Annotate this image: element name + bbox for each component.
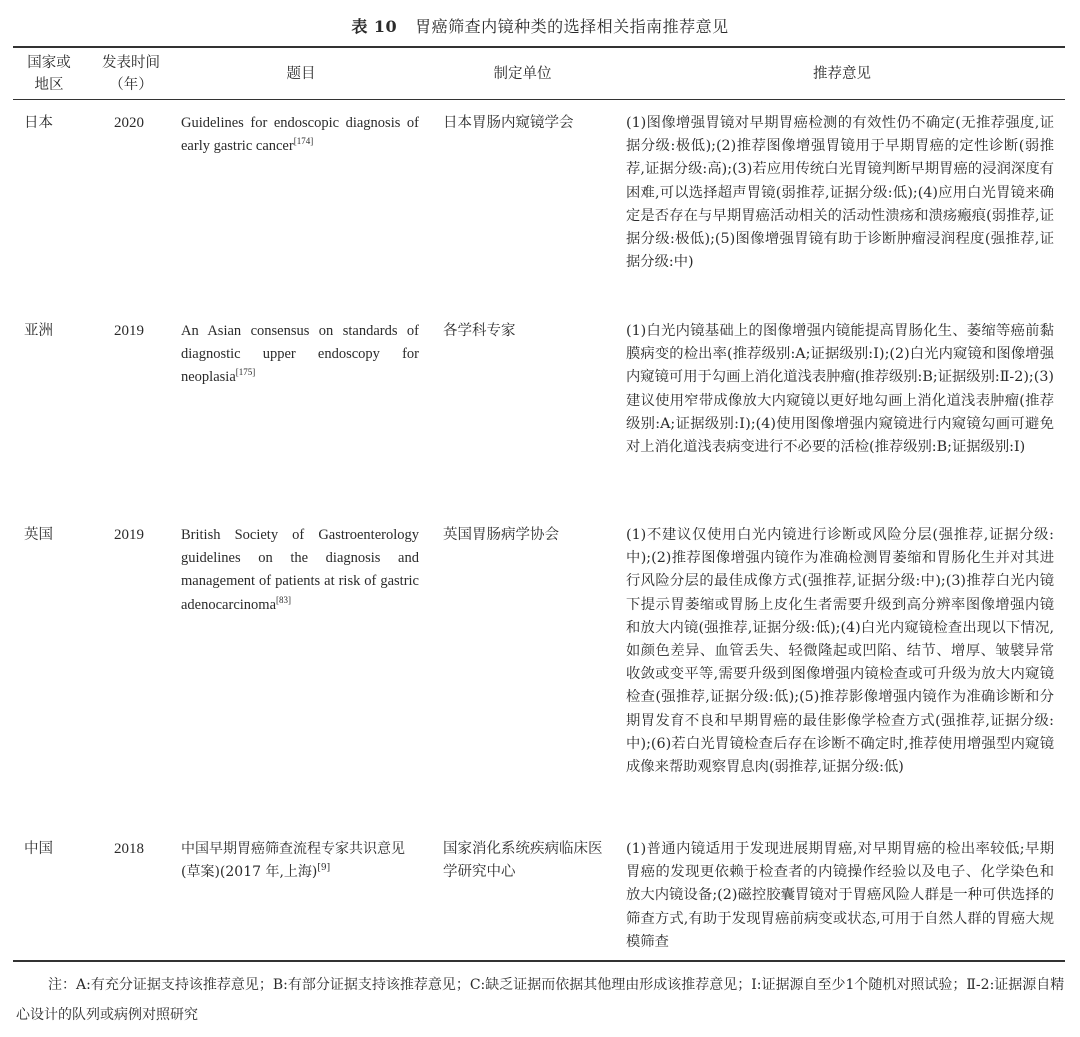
cell-recommendation: (1)普通内镜适用于发现进展期胃癌,对早期胃癌的检出率较低;早期胃癌的发现更依赖…	[626, 838, 1054, 954]
cell-year: 2019	[114, 320, 164, 343]
title-text: British Society of Gastroenterology guid…	[181, 527, 419, 613]
cell-title: An Asian consensus on standards of diagn…	[181, 320, 419, 390]
cell-recommendation: (1)不建议仅使用白光内镜进行诊断或风险分层(强推荐,证据分级:中);(2)推荐…	[626, 524, 1054, 779]
cell-org: 英国胃肠病学协会	[443, 524, 608, 547]
cell-recommendation: (1)白光内镜基础上的图像增强内镜能提高胃肠化生、萎缩等癌前黏膜病变的检出率(推…	[626, 320, 1054, 459]
bottom-rule	[13, 960, 1065, 962]
table-number: 表 10	[351, 17, 397, 36]
header-year-line1: 发表时间	[90, 52, 172, 74]
cell-year: 2020	[114, 112, 164, 135]
citation-ref: [9]	[317, 863, 330, 873]
title-text: Guidelines for endoscopic diagnosis of e…	[181, 115, 419, 154]
citation-ref: [83]	[276, 595, 291, 605]
cell-country: 中国	[24, 838, 84, 861]
cell-org: 各学科专家	[443, 320, 608, 343]
header-rule	[13, 99, 1065, 100]
title-text: An Asian consensus on standards of diagn…	[181, 323, 419, 385]
title-text: 中国早期胃癌筛查流程专家共识意见(草案)(2017 年,上海)	[181, 841, 405, 880]
cell-country: 英国	[24, 524, 84, 547]
cell-country: 亚洲	[24, 320, 84, 343]
cell-org: 日本胃肠内窥镜学会	[443, 112, 608, 135]
cell-year: 2019	[114, 524, 164, 547]
cell-title: British Society of Gastroenterology guid…	[181, 524, 419, 617]
cell-country: 日本	[24, 112, 84, 135]
cell-org: 国家消化系统疾病临床医学研究中心	[443, 838, 608, 884]
cell-recommendation: (1)图像增强胃镜对早期胃癌检测的有效性仍不确定(无推荐强度,证据分级:极低);…	[626, 112, 1054, 274]
header-year: 发表时间 （年）	[90, 52, 172, 96]
header-org: 制定单位	[440, 63, 605, 85]
citation-ref: [174]	[294, 136, 314, 146]
header-country-line2: 地区	[13, 74, 85, 96]
header-country-line1: 国家或	[13, 52, 85, 74]
table-caption: 表 10胃癌筛查内镜种类的选择相关指南推荐意见	[0, 14, 1080, 37]
top-rule	[13, 46, 1065, 48]
header-country: 国家或 地区	[13, 52, 85, 96]
table-title: 胃癌筛查内镜种类的选择相关指南推荐意见	[415, 17, 729, 36]
cell-title: 中国早期胃癌筛查流程专家共识意见(草案)(2017 年,上海)[9]	[181, 838, 419, 884]
cell-year: 2018	[114, 838, 164, 861]
citation-ref: [175]	[236, 367, 256, 377]
header-year-line2: （年）	[90, 74, 172, 96]
header-recommendation: 推荐意见	[622, 63, 1062, 85]
cell-title: Guidelines for endoscopic diagnosis of e…	[181, 112, 419, 158]
header-title: 题目	[176, 63, 426, 85]
table-footnote: 注：A:有充分证据支持该推荐意见；B:有部分证据支持该推荐意见；C:缺乏证据而依…	[16, 970, 1066, 1030]
